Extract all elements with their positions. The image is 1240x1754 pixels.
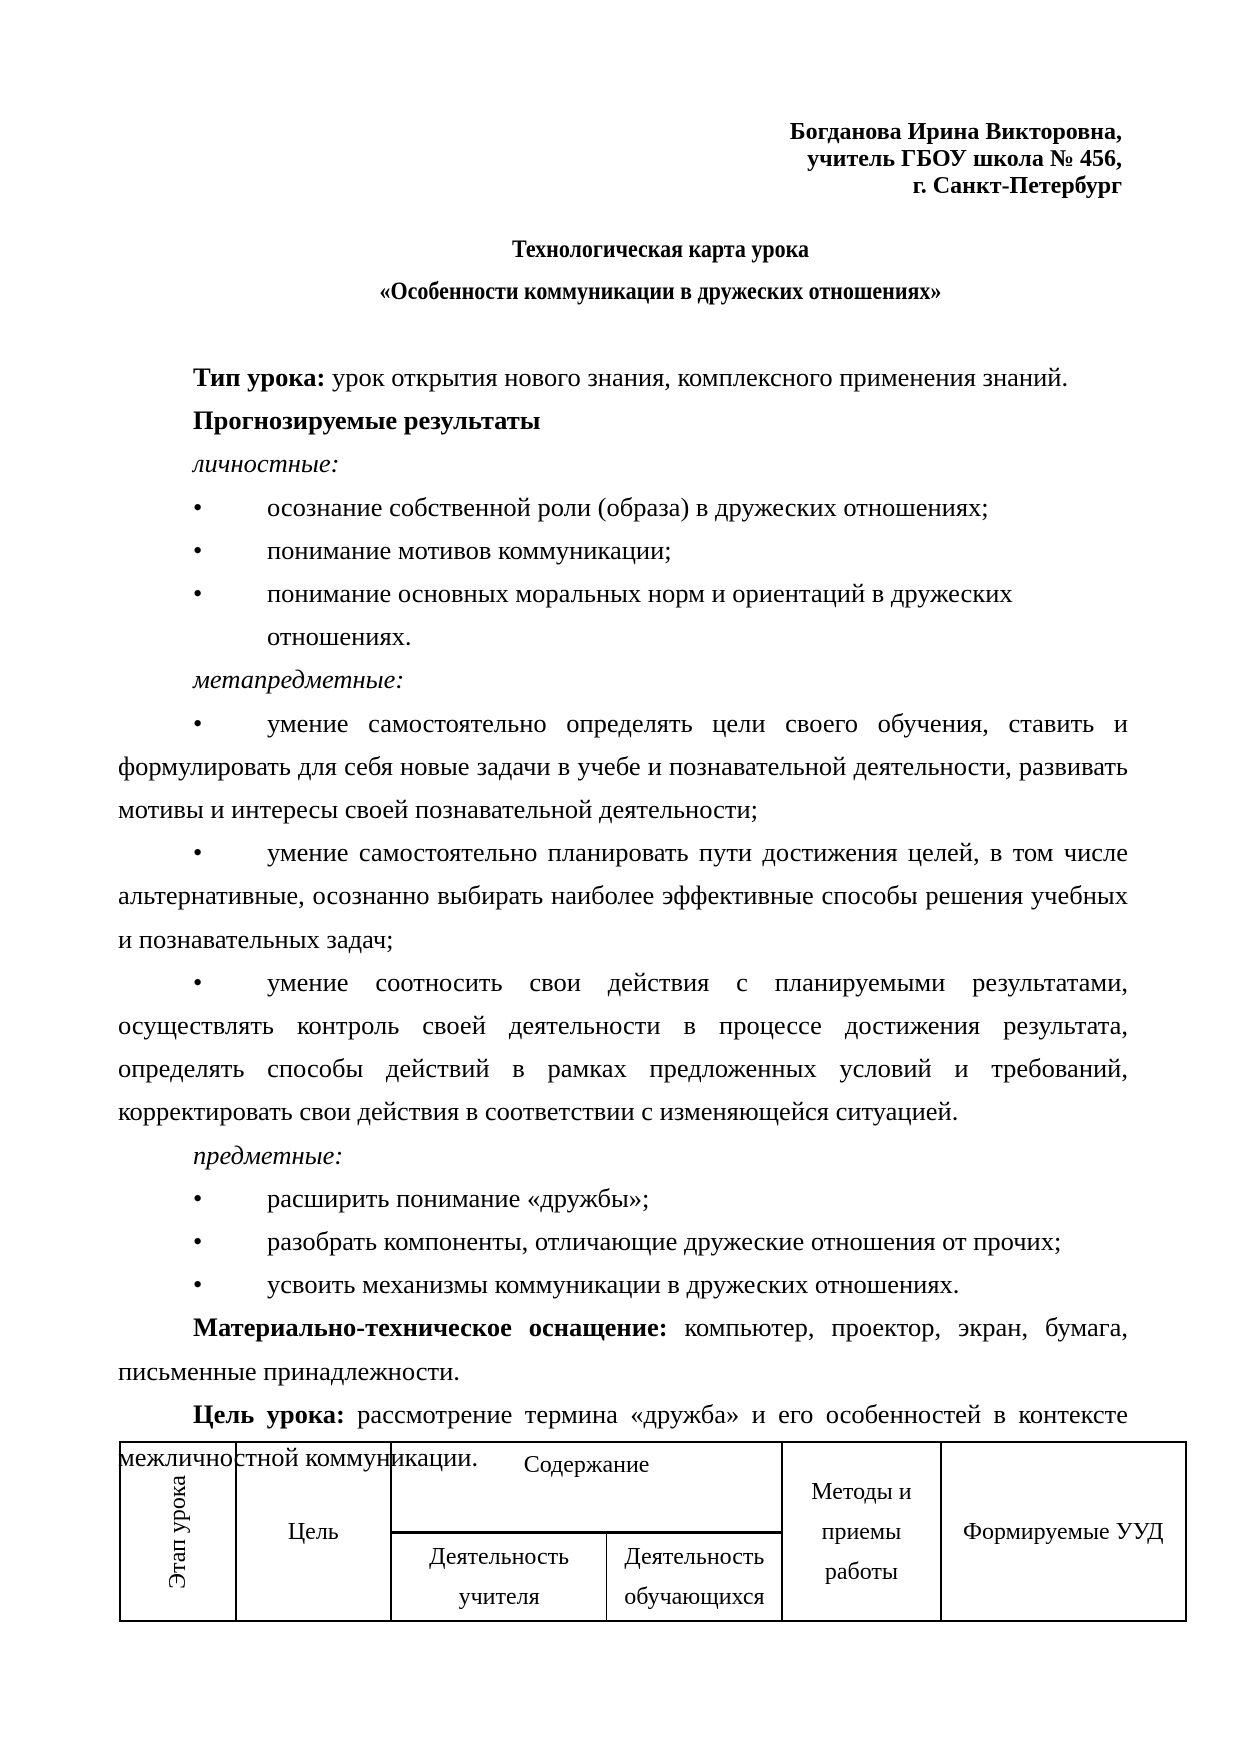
lesson-plan-table: Этап урока Цель Содержание Методы и прие…	[119, 1441, 1187, 1622]
bullet-icon: •	[193, 702, 213, 745]
lesson-type-value: урок открытия нового знания, комплексног…	[325, 362, 1068, 392]
author-city: г. Санкт-Петербург	[790, 173, 1122, 200]
document-title: Технологическая карта урока «Особенности…	[249, 229, 1072, 313]
list-item: •умение соотносить свои действия с плани…	[118, 961, 1128, 1134]
title-line-2: «Особенности коммуникации в дружеских от…	[249, 271, 1072, 313]
bullet-icon: •	[193, 486, 213, 529]
equipment-label: Материально-техническое оснащение:	[193, 1312, 668, 1342]
header-content: Содержание	[391, 1442, 783, 1532]
list-item: •расширить понимание «дружбы»;	[118, 1177, 1128, 1220]
header-stage: Этап урока	[120, 1442, 236, 1621]
header-goal: Цель	[236, 1442, 391, 1621]
header-uud: Формируемые УУД	[941, 1442, 1186, 1621]
list-item: •умение самостоятельно планировать пути …	[118, 831, 1128, 961]
list-item: •осознание собственной роли (образа) в д…	[118, 486, 1128, 529]
bullet-icon: •	[193, 831, 213, 874]
author-block: Богданова Ирина Викторовна, учитель ГБОУ…	[790, 119, 1122, 200]
document-body: Тип урока: урок открытия нового знания, …	[118, 356, 1128, 1479]
personal-results-label: личностные:	[118, 442, 1128, 485]
equipment: Материально-техническое оснащение: компь…	[118, 1306, 1128, 1392]
lesson-type-label: Тип урока:	[193, 362, 325, 392]
bullet-icon: •	[193, 1177, 213, 1220]
list-item: •разобрать компоненты, отличающие дружес…	[118, 1220, 1128, 1263]
bullet-icon: •	[193, 1220, 213, 1263]
bullet-icon: •	[193, 529, 213, 572]
list-item: •понимание мотивов коммуникации;	[118, 529, 1128, 572]
author-position: учитель ГБОУ школа № 456,	[790, 146, 1122, 173]
list-item: •умение самостоятельно определять цели с…	[118, 702, 1128, 832]
lesson-type: Тип урока: урок открытия нового знания, …	[118, 356, 1128, 399]
list-item: •понимание основных моральных норм и ори…	[118, 572, 1128, 658]
title-line-1: Технологическая карта урока	[249, 229, 1072, 271]
bullet-icon: •	[193, 1263, 213, 1306]
author-name: Богданова Ирина Викторовна,	[790, 119, 1122, 146]
bullet-icon: •	[193, 572, 213, 615]
results-heading: Прогнозируемые результаты	[118, 399, 1128, 442]
bullet-icon: •	[193, 961, 213, 1004]
metasubject-results-label: метапредметные:	[118, 658, 1128, 701]
header-teacher-activity: Деятельность учителя	[391, 1532, 607, 1621]
document-page: Богданова Ирина Викторовна, учитель ГБОУ…	[0, 0, 1240, 1754]
list-item: •усвоить механизмы коммуникации в дружес…	[118, 1263, 1128, 1306]
lesson-goal-label: Цель урока:	[193, 1399, 345, 1429]
header-methods: Методы и приемы работы	[782, 1442, 940, 1621]
subject-results-label: предметные:	[118, 1134, 1128, 1177]
header-student-activity: Деятельность обучающихся	[607, 1532, 782, 1621]
